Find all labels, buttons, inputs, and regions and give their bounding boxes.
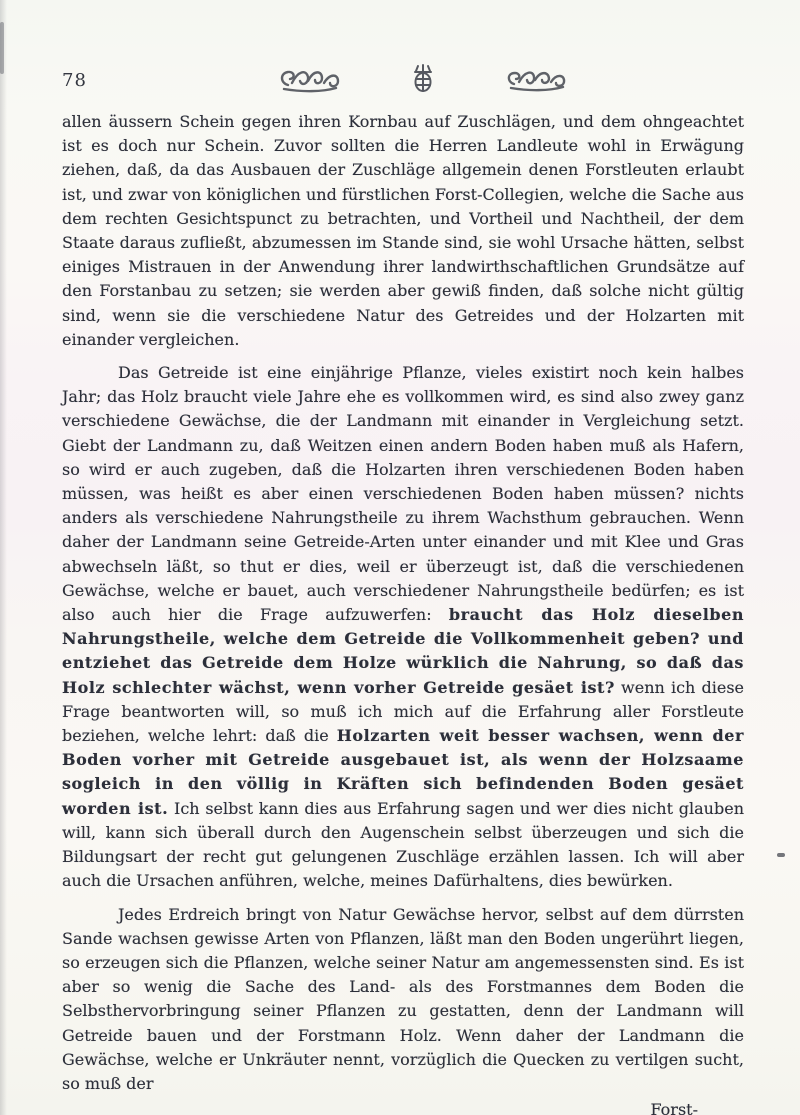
scan-artifact-mark	[0, 22, 4, 74]
catchword: Forst-	[62, 1098, 744, 1115]
body-text-run: Jedes Erdreich bringt von Natur Gewächse…	[62, 905, 744, 1093]
paragraph: Jedes Erdreich bringt von Natur Gewächse…	[62, 903, 744, 1097]
body-text-run: Das Getreide ist eine einjährige Pflanze…	[62, 363, 744, 624]
paragraph: Das Getreide ist eine einjährige Pflanze…	[62, 361, 744, 893]
body-text-run: allen äussern Schein gegen ihren Kornbau…	[62, 112, 744, 349]
text-block: allen äussern Schein gegen ihren Kornbau…	[62, 110, 744, 1115]
page-number: 78	[62, 70, 87, 91]
binding-shadow	[0, 0, 7, 1115]
scan-artifact-speck	[777, 853, 785, 857]
crown-center-icon	[410, 63, 436, 101]
paragraph: allen äussern Schein gegen ihren Kornbau…	[62, 110, 744, 352]
scanned-book-page: 78	[0, 0, 800, 1115]
header-ornaments	[278, 62, 568, 102]
flourish-right-icon	[504, 65, 568, 99]
flourish-left-icon	[278, 65, 342, 99]
page-header: 78	[62, 62, 742, 102]
